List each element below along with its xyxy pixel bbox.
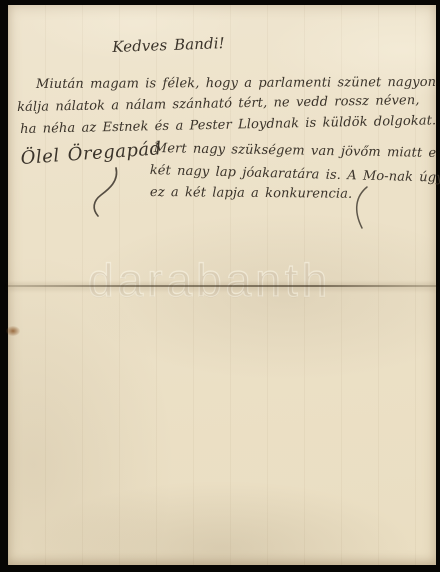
photo-background: darabanth Kedves Bandi! Miután magam is …	[0, 0, 440, 572]
watermark: darabanth	[88, 254, 388, 306]
fold-line	[8, 285, 436, 287]
ink-stain	[6, 326, 20, 336]
body-line: Miután magam is félek, hogy a parlamenti…	[36, 75, 440, 92]
body-line: ez a két lapja a konkurencia.	[150, 185, 352, 202]
